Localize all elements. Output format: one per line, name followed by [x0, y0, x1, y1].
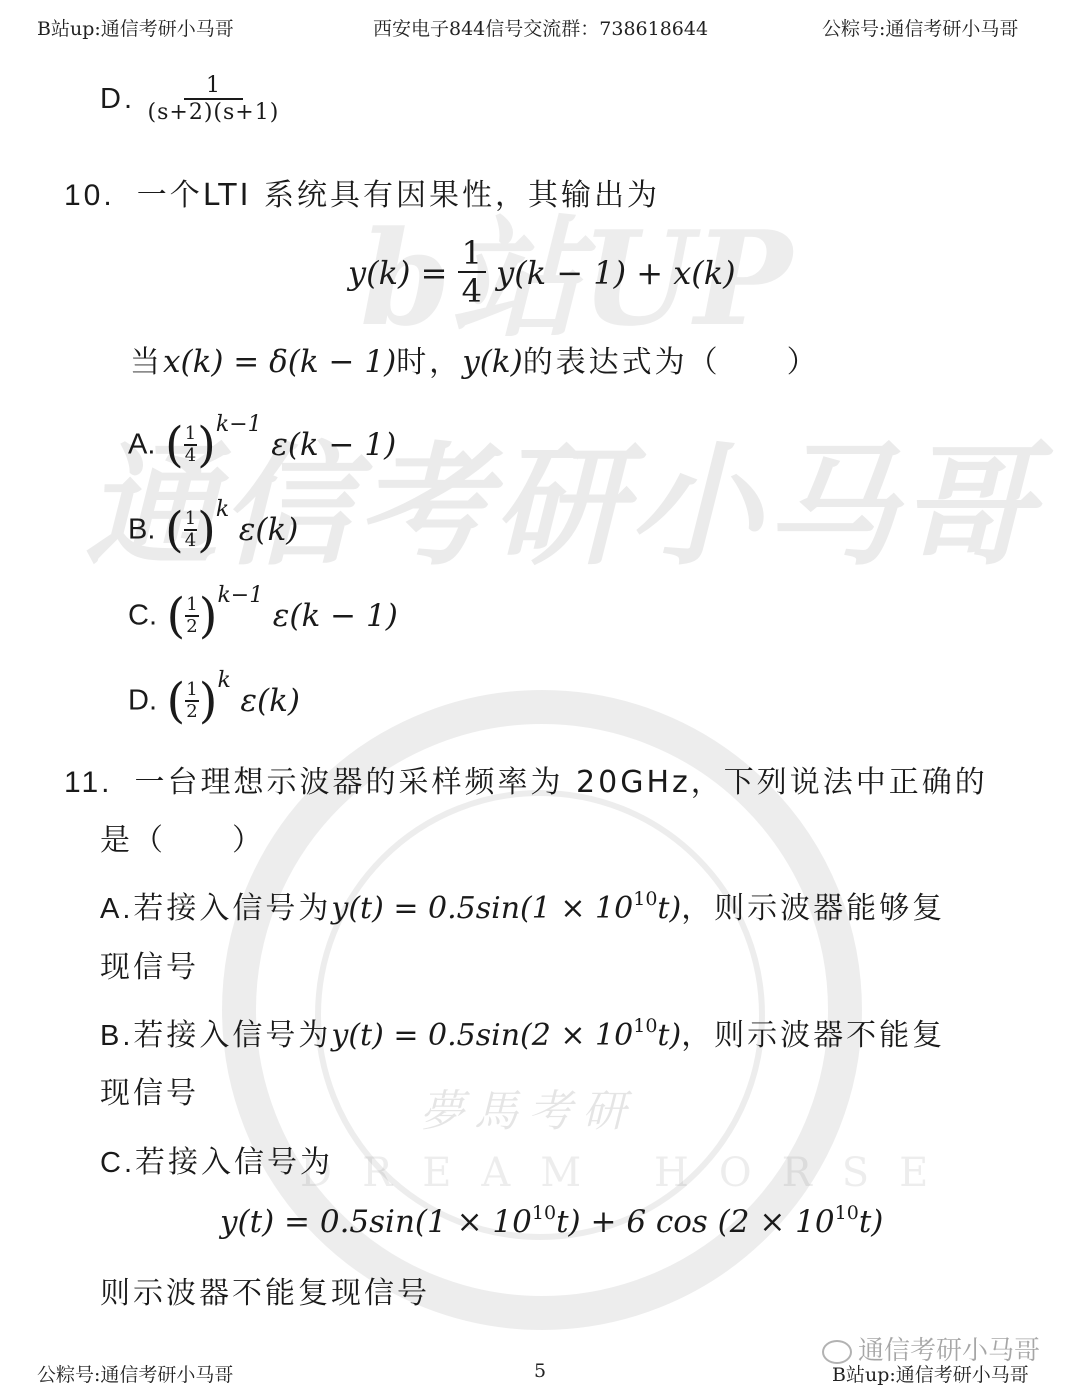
q10-option-b: B. (14)k ε(k) — [128, 497, 298, 554]
paren-right: ) — [197, 502, 216, 558]
footer-left: 公粽号:通信考研小马哥 — [37, 1360, 233, 1387]
question-stem: 一台理想示波器的采样频率为 20GHz，下列说法中正确的 — [134, 765, 987, 800]
condition-prefix: 当 — [130, 345, 163, 380]
fraction-denominator: 4 — [185, 446, 196, 467]
fraction-numerator: 1 — [184, 509, 197, 531]
option-fraction: 12 — [185, 595, 198, 637]
option-prefix: 若接入信号为 — [133, 891, 331, 926]
paren-left: ( — [165, 502, 184, 558]
exponent: 10 — [633, 1015, 657, 1037]
condition-math2: y(k) — [462, 344, 523, 380]
q10-option-c: C. (12)k−1 ε(k − 1) — [128, 583, 398, 640]
exponent: k — [217, 668, 230, 693]
fraction-numerator: 1 — [184, 424, 197, 446]
fraction-numerator: 1 — [184, 74, 243, 100]
option-label: B. — [100, 1020, 133, 1052]
q11-option-a: A.若接入信号为y(t) = 0.5sin(1 × 1010t)，则示波器能够复 — [100, 883, 945, 927]
option-math: y(t) = 0.5sin(1 × 10 — [331, 891, 633, 926]
equation-fraction: 1 4 — [458, 236, 486, 310]
fraction-denominator: 2 — [186, 702, 197, 723]
equation-rhs: y(k − 1) + x(k) — [496, 254, 736, 292]
condition-mid: 时， — [396, 345, 462, 380]
q11-option-a-line2: 现信号 — [100, 942, 199, 986]
footer-right: B站up:通信考研小马哥 — [832, 1360, 1029, 1387]
q11-option-c-equation: y(t) = 0.5sin(1 × 1010t) + 6 cos (2 × 10… — [220, 1202, 883, 1240]
option-math: t) — [657, 891, 681, 926]
fraction-denominator: 4 — [462, 273, 482, 310]
option-prefix: 若接入信号为 — [133, 1018, 331, 1053]
option-math: y(t) = 0.5sin(2 × 10 — [331, 1018, 633, 1053]
paren-right: ) — [199, 588, 218, 644]
question-number: 11. — [64, 766, 112, 799]
option-label: D. — [128, 685, 157, 717]
option-label: C. — [100, 1147, 135, 1179]
exponent: 10 — [633, 888, 657, 910]
paren-right: ) — [199, 673, 218, 729]
question-10-stem: 10.一个LTI 系统具有因果性，其输出为 — [64, 170, 660, 214]
exponent: 10 — [835, 1202, 859, 1224]
header-left: B站up:通信考研小马哥 — [37, 14, 234, 41]
condition-suffix: 的表达式为（ ） — [523, 345, 820, 380]
option-suffix: ，则示波器不能复 — [681, 1018, 945, 1053]
option-tail: ε(k − 1) — [273, 598, 398, 634]
q11-option-b: B.若接入信号为y(t) = 0.5sin(2 × 1010t)，则示波器不能复 — [100, 1010, 945, 1054]
page-number: 5 — [534, 1360, 546, 1382]
question-stem: 一个LTI 系统具有因果性，其输出为 — [137, 178, 660, 213]
equation-part: y(t) = 0.5sin(1 × 10 — [220, 1204, 532, 1240]
fraction-denominator: (s+2)(s+1) — [148, 100, 280, 125]
question-10-equation: y(k) = 1 4 y(k − 1) + x(k) — [348, 236, 736, 310]
exponent: k−1 — [216, 412, 262, 437]
question-11-stem-line2: 是（ ） — [100, 815, 265, 859]
q11-option-b-line2: 现信号 — [100, 1068, 199, 1112]
option-label: D. — [100, 83, 135, 115]
option-label: A. — [128, 429, 155, 461]
exponent: 10 — [532, 1202, 556, 1224]
header-center: 西安电子844信号交流群：738618644 — [373, 14, 708, 41]
prev-option-d: D. 1 (s+2)(s+1) — [100, 74, 279, 125]
equation-part: t) + 6 cos (2 × 10 — [556, 1204, 835, 1240]
equation-lhs: y(k) = — [348, 254, 447, 292]
question-11-stem-line1: 11.一台理想示波器的采样频率为 20GHz，下列说法中正确的 — [64, 757, 988, 801]
q11-option-c-line3: 则示波器不能复现信号 — [100, 1268, 430, 1312]
question-number: 10. — [64, 179, 115, 212]
paren-left: ( — [167, 673, 186, 729]
option-fraction: 12 — [185, 680, 198, 722]
option-tail: ε(k − 1) — [271, 427, 396, 463]
option-tail: ε(k) — [239, 512, 299, 548]
equation-part: t) — [859, 1204, 884, 1240]
option-fraction: 14 — [184, 509, 197, 551]
fraction-denominator: 2 — [186, 617, 197, 638]
fraction-numerator: 1 — [458, 236, 486, 273]
option-prefix: 若接入信号为 — [135, 1145, 333, 1180]
fraction: 1 (s+2)(s+1) — [148, 74, 280, 125]
question-10-condition: 当x(k) = δ(k − 1)时，y(k)的表达式为（ ） — [130, 337, 820, 381]
q10-option-d: D. (12)k ε(k) — [128, 668, 300, 725]
option-math: t) — [657, 1018, 681, 1053]
paren-left: ( — [167, 588, 186, 644]
exponent: k−1 — [217, 583, 263, 608]
header-right: 公粽号:通信考研小马哥 — [822, 14, 1018, 41]
option-fraction: 14 — [184, 424, 197, 466]
paren-left: ( — [165, 417, 184, 473]
option-label: B. — [128, 514, 155, 546]
q10-option-a: A. (14)k−1 ε(k − 1) — [128, 412, 396, 469]
exponent: k — [216, 497, 229, 522]
option-tail: ε(k) — [240, 683, 300, 719]
fraction-numerator: 1 — [185, 595, 198, 617]
condition-math: x(k) = δ(k − 1) — [163, 344, 396, 380]
option-label: A. — [100, 893, 133, 925]
paren-right: ) — [197, 417, 216, 473]
option-suffix: ，则示波器能够复 — [681, 891, 945, 926]
option-label: C. — [128, 600, 157, 632]
q11-option-c: C.若接入信号为 — [100, 1137, 333, 1181]
fraction-numerator: 1 — [185, 680, 198, 702]
fraction-denominator: 4 — [185, 531, 196, 552]
